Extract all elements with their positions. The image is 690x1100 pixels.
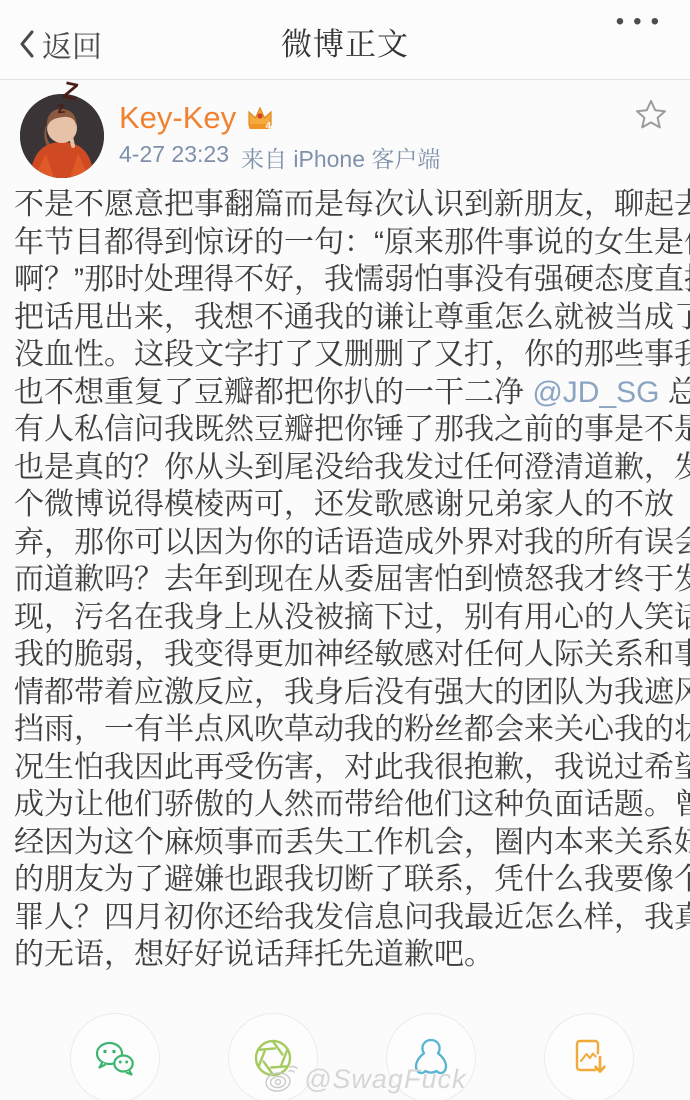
- share-wechat-button[interactable]: [70, 1013, 160, 1100]
- favorite-star-button[interactable]: [632, 96, 670, 134]
- username[interactable]: Key-Key: [119, 100, 236, 136]
- star-icon: [632, 96, 670, 134]
- navbar: 返回 微博正文 •••: [0, 0, 690, 80]
- body-line: 的朋友为了避嫌也跟我切断了联系，凭什么我要像个: [14, 861, 678, 899]
- qq-penguin-icon: [407, 1034, 455, 1082]
- post-source[interactable]: 来自 iPhone 客户端: [241, 141, 440, 174]
- more-button[interactable]: •••: [616, 8, 668, 36]
- post-meta: 4-27 23:23 来自 iPhone 客户端: [119, 141, 440, 174]
- body-line: 把话甩出来，我想不通我的谦让尊重怎么就被当成了: [14, 299, 678, 337]
- weibo-post-screen: 返回 微博正文 ••• Z z Key-Key 4 4-27 23:23 来自 …: [0, 0, 690, 1100]
- save-image-button[interactable]: [544, 1013, 634, 1100]
- svg-text:4: 4: [266, 121, 272, 132]
- body-line: 个微博说得模棱两可，还发歌感谢兄弟家人的不放: [14, 486, 678, 524]
- body-line: 情都带着应激反应，我身后没有强大的团队为我遮风: [14, 674, 678, 712]
- body-line: 而道歉吗？去年到现在从委屈害怕到愤怒我才终于发: [14, 561, 678, 599]
- body-line: 罪人？四月初你还给我发信息问我最近怎么样，我真: [14, 899, 678, 937]
- body-line-with-mention: 也不想重复了豆瓣都把你扒的一干二净 @JD_SG 总是: [14, 374, 678, 412]
- share-moments-button[interactable]: [228, 1013, 318, 1100]
- body-line: 成为让他们骄傲的人然而带给他们这种负面话题。曾: [14, 786, 678, 824]
- body-line: 挡雨，一有半点风吹草动我的粉丝都会来关心我的状: [14, 711, 678, 749]
- body-line: 也是真的？你从头到尾没给我发过任何澄清道歉，发: [14, 449, 678, 487]
- share-qq-button[interactable]: [386, 1013, 476, 1100]
- body-line: 况生怕我因此再受伤害，对此我很抱歉，我说过希望: [14, 749, 678, 787]
- body-line: 不是不愿意把事翻篇而是每次认识到新朋友，聊起去: [14, 186, 678, 224]
- save-image-icon: [565, 1034, 613, 1082]
- wechat-icon: [91, 1034, 139, 1082]
- body-line: 我的脆弱，我变得更加神经敏感对任何人际关系和事: [14, 636, 678, 674]
- mention-link[interactable]: @JD_SG: [532, 376, 659, 409]
- body-line: 现，污名在我身上从没被摘下过，别有用心的人笑话: [14, 599, 678, 637]
- body-line: 弃，那你可以因为你的话语造成外界对我的所有误会: [14, 524, 678, 562]
- body-line: 的无语，想好好说话拜托先道歉吧。: [14, 936, 678, 974]
- body-line: 经因为这个麻烦事而丢失工作机会，圈内本来关系好: [14, 824, 678, 862]
- moments-aperture-icon: [249, 1034, 297, 1082]
- post-timestamp: 4-27 23:23: [119, 141, 229, 174]
- user-line[interactable]: Key-Key 4: [119, 100, 275, 136]
- body-line: 啊？”那时处理得不好，我懦弱怕事没有强硬态度直接: [14, 261, 678, 299]
- body-text: 总是: [660, 376, 690, 409]
- vip-crown-badge-icon: 4: [245, 103, 275, 133]
- body-line: 没血性。这段文字打了又删删了又打，你的那些事我: [14, 336, 678, 374]
- body-line: 有人私信问我既然豆瓣把你锤了那我之前的事是不是: [14, 411, 678, 449]
- body-text: 也不想重复了豆瓣都把你扒的一干二净: [14, 376, 532, 409]
- post-body: 不是不愿意把事翻篇而是每次认识到新朋友，聊起去 年节目都得到惊讶的一句：“原来那…: [14, 186, 678, 974]
- page-title: 微博正文: [0, 19, 690, 64]
- body-line: 年节目都得到惊讶的一句：“原来那件事说的女生是你: [14, 224, 678, 262]
